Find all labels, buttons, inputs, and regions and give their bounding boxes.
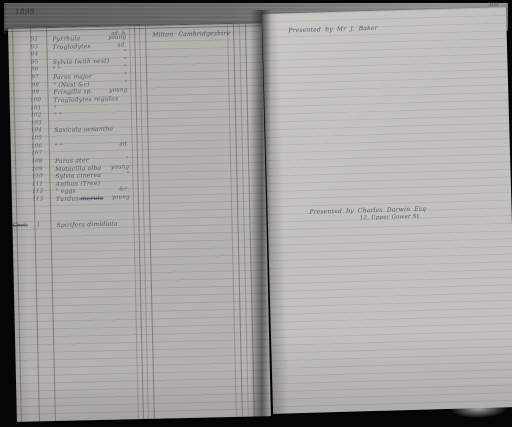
entry-number: 95 — [25, 59, 45, 66]
geology-margin-note: Geol. — [12, 223, 28, 230]
entry-annotation: " — [101, 171, 129, 179]
entry-annotation — [100, 118, 128, 119]
entry-annotation: " — [99, 50, 127, 58]
left-page: Milton Cambridgeshire 92 Pyrrhula ad. & … — [8, 22, 271, 422]
entry-annotation — [100, 133, 128, 134]
entry-annotation: young — [98, 34, 126, 42]
entry-number: 102 — [26, 112, 46, 119]
entry-annotation: " — [101, 156, 129, 164]
entry-number: 109 — [27, 166, 47, 173]
entry-annotation: &c. — [102, 187, 130, 195]
entry-annotation: " — [99, 80, 127, 88]
entry-name: Parus ater — [55, 157, 89, 165]
entry-annotation: " — [99, 72, 127, 80]
entry-number: 111 — [27, 181, 47, 188]
book-gutter-shadow — [250, 10, 272, 418]
entry-number: 108 — [27, 158, 47, 165]
entry-number: 104 — [26, 128, 46, 135]
page-corner-curl — [450, 399, 509, 419]
entry-annotation — [100, 103, 128, 104]
year-note: 1899 — [15, 9, 35, 16]
entry-name: Pyrrhula — [52, 35, 80, 43]
entry-annotation: young — [99, 88, 127, 96]
entry-number: 105 — [26, 135, 46, 142]
entry-name: " " — [55, 142, 63, 149]
entry-number: 99 — [25, 89, 45, 96]
presented-by-address: 12, Upper Gower St. — [360, 214, 422, 223]
entry-annotation: young — [102, 194, 130, 202]
entry-number: 101 — [26, 105, 46, 112]
entry-annotation: ad. — [98, 42, 126, 50]
entry-name: " eggs — [56, 188, 76, 196]
entry-annotation: young — [101, 164, 129, 172]
entry-annotation — [101, 149, 129, 150]
entry-name: " " — [53, 66, 61, 73]
entry-number: 100 — [26, 97, 46, 104]
entry-name: Spirifera dimidiata — [56, 220, 117, 229]
entry-number: 103 — [26, 120, 46, 127]
entry-name: Turdus merula — [56, 195, 104, 203]
ledger-photograph: 1899 305 48 Milton Cambridgeshire 92 Pyr… — [0, 0, 512, 427]
entry-number: 98 — [25, 82, 45, 89]
entry-name: " — [54, 104, 57, 111]
entry-number: 107 — [27, 150, 47, 157]
entry-number: 93 — [24, 44, 44, 51]
right-page: Presented by Mr J. Baker Presented by Ch… — [262, 7, 512, 414]
entry-annotation: " — [99, 57, 127, 65]
entry-annotation: " — [99, 65, 127, 73]
entry-number: 113 — [28, 196, 48, 203]
entry-name: " " — [54, 112, 62, 119]
presented-by-top: Presented by Mr J. Baker — [288, 25, 377, 34]
entry-number: 96 — [25, 67, 45, 74]
entry-annotation — [100, 110, 128, 111]
entry-number: 92 — [24, 36, 44, 43]
entry-number: 94 — [25, 51, 45, 58]
entry-number: 110 — [27, 173, 47, 180]
entry-annotation — [101, 179, 129, 180]
entry-number: 97 — [25, 74, 45, 81]
entry-number: 1 — [28, 222, 48, 228]
entry-number: 112 — [28, 189, 48, 196]
entry-annotation: ad. — [101, 141, 129, 149]
entry-number: 106 — [27, 143, 47, 150]
